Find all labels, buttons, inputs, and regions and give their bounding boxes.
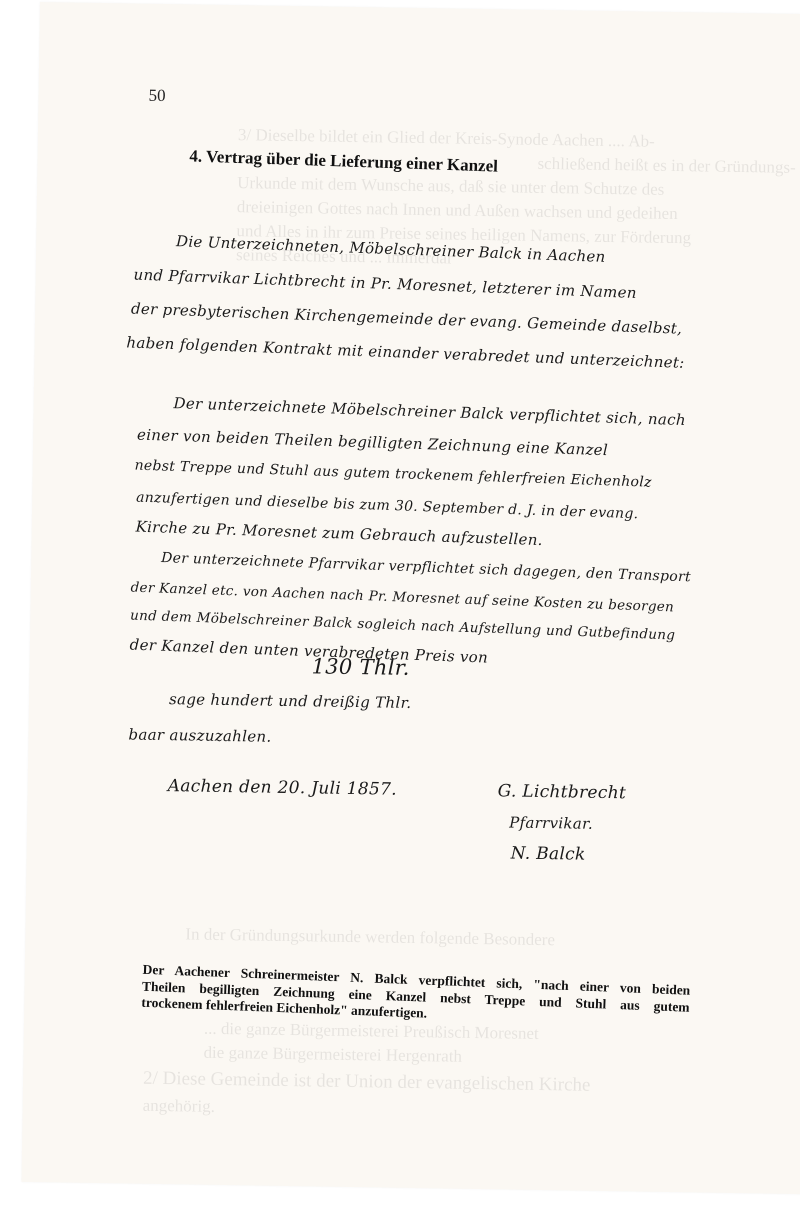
signature-balck: N. Balck <box>511 843 586 864</box>
signature-pfarrvikar: G. Lichtbrecht <box>498 781 627 803</box>
manuscript-line: einer von beiden Theilen begilligten Zei… <box>137 426 609 460</box>
manuscript-facsimile: Die Unterzeichneten, Möbelschreiner Balc… <box>40 2 800 14</box>
manuscript-line: haben folgenden Kontrakt mit einander ve… <box>126 333 685 371</box>
signature-title: Pfarrvikar. <box>509 813 593 832</box>
manuscript-price: 130 Thlr. <box>311 654 409 680</box>
manuscript-line: Der unterzeichnete Pfarrvikar verpflicht… <box>161 550 691 585</box>
book-page: 3/ Dieselbe bildet ein Glied der Kreis-S… <box>21 2 800 1194</box>
manuscript-line: anzufertigen und dieselbe bis zum 30. Se… <box>136 490 639 523</box>
manuscript-place-date: Aachen den 20. Juli 1857. <box>168 776 398 800</box>
manuscript-line: der presbyterischen Kirchengemeinde der … <box>131 299 683 337</box>
manuscript-line: der Kanzel den unten verabredeten Preis … <box>129 635 488 666</box>
manuscript-line: Kirche zu Pr. Moresnet zum Gebrauch aufz… <box>135 518 543 549</box>
manuscript-payment: baar auszuzahlen. <box>128 725 271 745</box>
manuscript-line: Der unterzeichnete Möbelschreiner Balck … <box>173 394 686 429</box>
manuscript-price-words: sage hundert und dreißig Thlr. <box>169 690 412 712</box>
page-number: 50 <box>148 86 165 106</box>
manuscript-line: nebst Treppe und Stuhl aus gutem trocken… <box>134 458 652 491</box>
